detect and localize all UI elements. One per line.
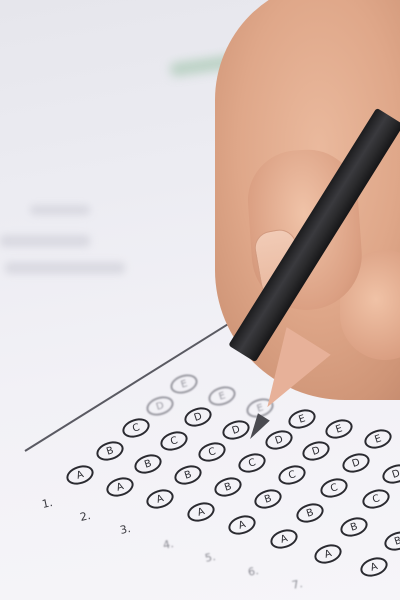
answer-bubble[interactable]: C	[158, 428, 190, 454]
question-number: 4.	[162, 537, 175, 552]
answer-bubble[interactable]: C	[276, 462, 308, 488]
answer-bubble[interactable]: B	[212, 474, 244, 500]
answer-bubble[interactable]: B	[132, 451, 164, 477]
answer-bubble[interactable]: A	[64, 462, 96, 488]
answer-bubble[interactable]: A	[268, 526, 300, 552]
answer-bubble[interactable]: D	[300, 438, 332, 464]
answer-bubble[interactable]: E	[323, 416, 355, 442]
answer-bubble[interactable]: C	[360, 486, 392, 512]
question-number: 6.	[247, 564, 260, 579]
answer-bubble[interactable]: D	[263, 427, 295, 453]
answer-bubble[interactable]: A	[312, 541, 344, 567]
answer-bubble[interactable]: A	[104, 474, 136, 500]
blurred-text-line	[5, 262, 125, 274]
answer-bubble[interactable]: E	[362, 426, 394, 452]
question-number: 3.	[119, 522, 132, 537]
answer-bubble[interactable]: B	[382, 528, 400, 554]
answer-bubble[interactable]: B	[252, 486, 284, 512]
answer-bubble-selected[interactable]: C	[236, 450, 268, 476]
answer-bubble[interactable]: A	[185, 499, 217, 525]
answer-bubble[interactable]: A	[358, 554, 390, 580]
answer-bubble[interactable]: B	[172, 462, 204, 488]
blurred-text-line	[0, 235, 90, 247]
answer-bubble[interactable]: B	[338, 514, 370, 540]
answer-bubble[interactable]: C	[318, 475, 350, 501]
answer-bubble[interactable]: B	[94, 438, 126, 464]
question-number: 5.	[204, 550, 217, 565]
question-number: 1.	[41, 496, 54, 511]
answer-bubble[interactable]: D	[182, 404, 214, 430]
answer-bubble[interactable]: B	[294, 500, 326, 526]
answer-bubble[interactable]: E	[206, 383, 238, 409]
answer-bubble[interactable]: A	[226, 512, 258, 538]
answer-bubble[interactable]: E	[168, 371, 200, 397]
answer-bubble[interactable]: D	[144, 393, 176, 419]
answer-bubble[interactable]: C	[120, 415, 152, 441]
photo-scene: 1. 2. 3. 4. 5. 6. 7. A B C D E A B C D E…	[0, 0, 400, 600]
answer-bubble[interactable]: D	[380, 461, 400, 487]
question-number: 2.	[79, 509, 92, 524]
blurred-text-line	[30, 205, 90, 215]
question-number: 7.	[291, 577, 304, 592]
answer-bubble[interactable]: D	[340, 450, 372, 476]
answer-bubble[interactable]: C	[196, 439, 228, 465]
answer-bubble[interactable]: A	[144, 486, 176, 512]
